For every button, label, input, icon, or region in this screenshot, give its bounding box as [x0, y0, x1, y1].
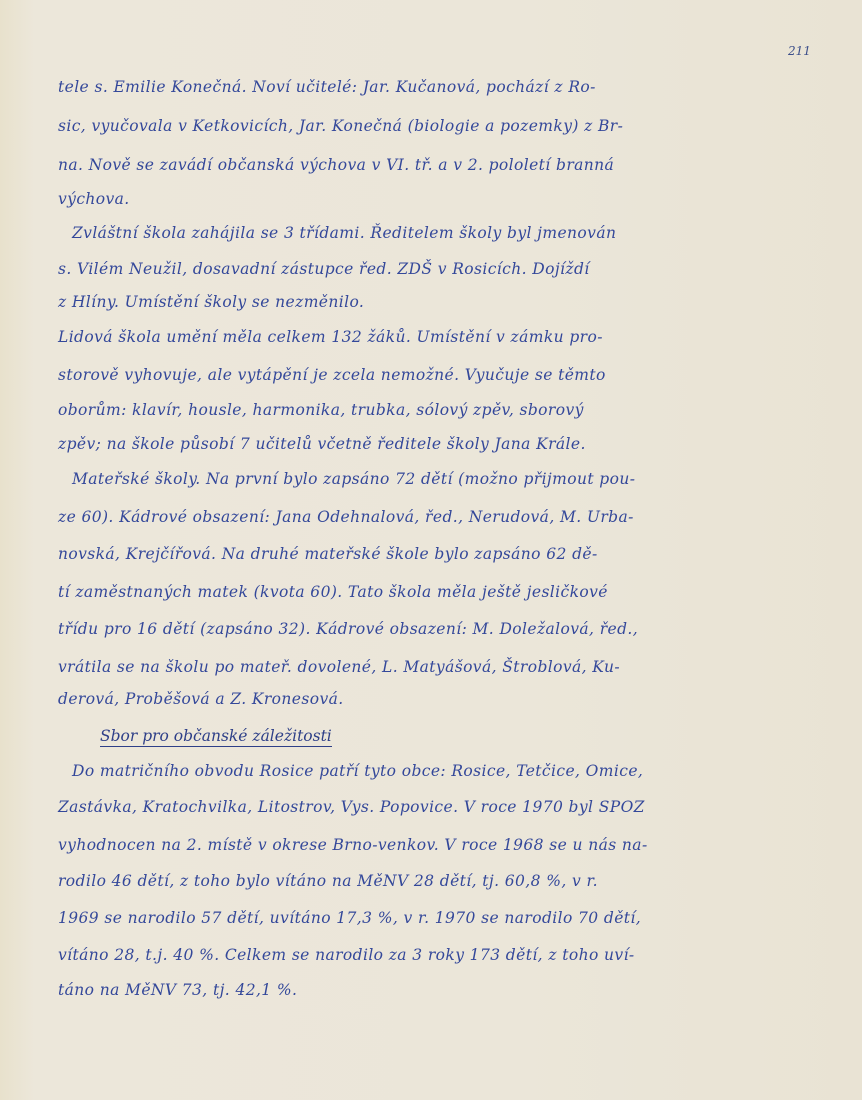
text-line: z Hlíny. Umístění školy se nezměnilo. [58, 293, 838, 311]
text-line: Do matričního obvodu Rosice patří tyto o… [72, 762, 852, 780]
text-line: rodilo 46 dětí, z toho bylo vítáno na Mě… [58, 872, 838, 890]
text-line: ze 60). Kádrové obsazení: Jana Odehnalov… [58, 508, 838, 526]
text-line: storově vyhovuje, ale vytápění je zcela … [58, 366, 838, 384]
text-line: tele s. Emilie Konečná. Noví učitelé: Ja… [58, 78, 838, 96]
section-heading: Sbor pro občanské záležitosti [100, 727, 332, 747]
text-line: na. Nově se zavádí občanská výchova v VI… [58, 156, 838, 174]
text-line: třídu pro 16 dětí (zapsáno 32). Kádrové … [58, 620, 838, 638]
text-line: Zastávka, Kratochvilka, Litostrov, Vys. … [58, 798, 838, 816]
text-line: Mateřské školy. Na první bylo zapsáno 72… [72, 470, 852, 488]
text-line: 1969 se narodilo 57 dětí, uvítáno 17,3 %… [58, 909, 838, 927]
page-number: 211 [788, 44, 811, 58]
text-line: Lidová škola umění měla celkem 132 žáků.… [58, 328, 838, 346]
text-line: zpěv; na škole působí 7 učitelů včetně ř… [58, 435, 838, 453]
text-line: výchova. [58, 190, 838, 208]
text-line: vrátila se na školu po mateř. dovolené, … [58, 658, 838, 676]
text-line: tí zaměstnaných matek (kvota 60). Tato š… [58, 583, 838, 601]
text-line: Zvláštní škola zahájila se 3 třídami. Ře… [72, 224, 852, 242]
manuscript-page: 211 tele s. Emilie Konečná. Noví učitelé… [0, 0, 862, 1100]
text-line: vítáno 28, t.j. 40 %. Celkem se narodilo… [58, 946, 838, 964]
text-line: s. Vilém Neužil, dosavadní zástupce řed.… [58, 260, 838, 278]
text-line: táno na MěNV 73, tj. 42,1 %. [58, 981, 838, 999]
text-line: sic, vyučovala v Ketkovicích, Jar. Koneč… [58, 117, 838, 135]
text-line: oborům: klavír, housle, harmonika, trubk… [58, 401, 838, 419]
text-line: novská, Krejčířová. Na druhé mateřské šk… [58, 545, 838, 563]
text-line: derová, Proběšová a Z. Kronesová. [58, 690, 838, 708]
text-line: vyhodnocen na 2. místě v okrese Brno-ven… [58, 836, 838, 854]
